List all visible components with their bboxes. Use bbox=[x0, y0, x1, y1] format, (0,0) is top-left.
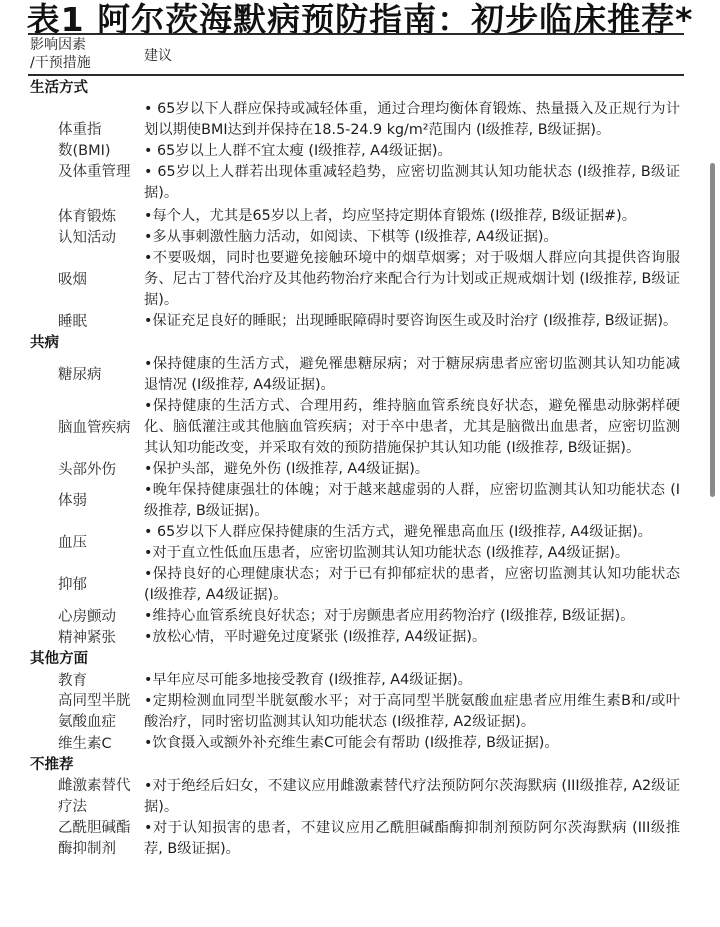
row-label: 吸烟 bbox=[0, 270, 144, 290]
row-label: 糖尿病 bbox=[0, 365, 144, 385]
row-content: •保持健康的生活方式，避免罹患糖尿病；对于糖尿病患者应密切监测其认知功能减退情况… bbox=[144, 354, 680, 396]
row-label: 脑血管疾病 bbox=[0, 418, 144, 438]
guideline-table: 生活方式 体重指数(BMI)及体重管理 • 65岁以下人群应保持或减轻体重，通过… bbox=[0, 77, 720, 860]
row-label: 精神紧张 bbox=[0, 628, 144, 648]
row-content: •保持健康的生活方式、合理用药，维持脑血管系统良好状态，避免罹患动脉粥样硬化、脑… bbox=[144, 396, 680, 459]
row-content: •晚年保持健康强壮的体魄；对于越来越虚弱的人群，应密切监测其认知功能状态 (I级… bbox=[144, 480, 680, 522]
row-label: 雌激素替代疗法 bbox=[0, 776, 144, 818]
recommendation-item: •不要吸烟，同时也要避免接触环境中的烟草烟雾；对于吸烟人群应向其提供咨询服务、尼… bbox=[144, 248, 680, 311]
category-lifestyle: 生活方式 bbox=[0, 77, 720, 99]
recommendation-item: •早年应尽可能多地接受教育 (I级推荐, A4级证据)。 bbox=[144, 670, 680, 691]
row-label: 体育锻炼 bbox=[0, 207, 144, 227]
recommendation-item: • 65岁以下人群应保持或减轻体重，通过合理均衡体育锻炼、热量摄入及正规行为计划… bbox=[144, 99, 680, 141]
scrollbar[interactable] bbox=[710, 163, 715, 497]
row-content: •对于绝经后妇女，不建议应用雌激素替代疗法预防阿尔茨海默病 (III级推荐, A… bbox=[144, 776, 680, 818]
recommendation-item: • 65岁以下人群应保持健康的生活方式，避免罹患高血压 (I级推荐, A4级证据… bbox=[144, 522, 680, 543]
recommendation-item: • 65岁以上人群若出现体重减轻趋势，应密切监测其认知功能状态 (I级推荐, B… bbox=[144, 162, 680, 204]
row-content: •饮食摄入或额外补充维生素C可能会有帮助 (I级推荐, B级证据)。 bbox=[144, 733, 680, 754]
category-not-recommended: 不推荐 bbox=[0, 754, 720, 776]
table-row: 吸烟 •不要吸烟，同时也要避免接触环境中的烟草烟雾；对于吸烟人群应向其提供咨询服… bbox=[0, 248, 720, 311]
top-rule bbox=[28, 33, 684, 35]
recommendation-item: •保持良好的心理健康状态；对于已有抑郁症状的患者，应密切监测其认知功能状态 (I… bbox=[144, 564, 680, 606]
category-comorbidity: 共病 bbox=[0, 332, 720, 354]
table-row: 高同型半胱氨酸血症 •定期检测血同型半胱氨酸水平；对于高同型半胱氨酸血症患者应用… bbox=[0, 691, 720, 733]
table-row: 体育锻炼 •每个人，尤其是65岁以上者，均应坚持定期体育锻炼 (I级推荐, B级… bbox=[0, 206, 720, 227]
table-row: 乙酰胆碱酯酶抑制剂 •对于认知损害的患者，不建议应用乙酰胆碱酯酶抑制剂预防阿尔茨… bbox=[0, 818, 720, 860]
table-row: 血压 • 65岁以下人群应保持健康的生活方式，避免罹患高血压 (I级推荐, A4… bbox=[0, 522, 720, 564]
recommendation-item: • 65岁以上人群不宜太瘦 (I级推荐, A4级证据)。 bbox=[144, 141, 680, 162]
recommendation-item: •保护头部，避免外伤 (I级推荐, A4级证据)。 bbox=[144, 459, 680, 480]
row-content: •保护头部，避免外伤 (I级推荐, A4级证据)。 bbox=[144, 459, 680, 480]
row-label: 血压 bbox=[0, 533, 144, 553]
table-row: 认知活动 •多从事刺激性脑力活动，如阅读、下棋等 (I级推荐, A4级证据)。 bbox=[0, 227, 720, 248]
header-recommendation: 建议 bbox=[144, 45, 172, 65]
table-row: 维生素C •饮食摄入或额外补充维生素C可能会有帮助 (I级推荐, B级证据)。 bbox=[0, 733, 720, 754]
table-row: 脑血管疾病 •保持健康的生活方式、合理用药，维持脑血管系统良好状态，避免罹患动脉… bbox=[0, 396, 720, 459]
row-content: •保证充足良好的睡眠；出现睡眠障碍时要咨询医生或及时治疗 (I级推荐, B级证据… bbox=[144, 311, 680, 332]
row-content: •保持良好的心理健康状态；对于已有抑郁症状的患者，应密切监测其认知功能状态 (I… bbox=[144, 564, 680, 606]
row-content: •多从事刺激性脑力活动，如阅读、下棋等 (I级推荐, A4级证据)。 bbox=[144, 227, 680, 248]
table-row: 抑郁 •保持良好的心理健康状态；对于已有抑郁症状的患者，应密切监测其认知功能状态… bbox=[0, 564, 720, 606]
table-row: 睡眠 •保证充足良好的睡眠；出现睡眠障碍时要咨询医生或及时治疗 (I级推荐, B… bbox=[0, 311, 720, 332]
header-factor-line2: /干预措施 bbox=[30, 54, 91, 72]
row-label: 心房颤动 bbox=[0, 607, 144, 627]
row-content: • 65岁以下人群应保持健康的生活方式，避免罹患高血压 (I级推荐, A4级证据… bbox=[144, 522, 680, 564]
table-row: 体重指数(BMI)及体重管理 • 65岁以下人群应保持或减轻体重，通过合理均衡体… bbox=[0, 99, 720, 204]
table-row: 体弱 •晚年保持健康强壮的体魄；对于越来越虚弱的人群，应密切监测其认知功能状态 … bbox=[0, 480, 720, 522]
row-content: •对于认知损害的患者，不建议应用乙酰胆碱酯酶抑制剂预防阿尔茨海默病 (III级推… bbox=[144, 818, 680, 860]
table-row: 雌激素替代疗法 •对于绝经后妇女，不建议应用雌激素替代疗法预防阿尔茨海默病 (I… bbox=[0, 776, 720, 818]
recommendation-item: •保证充足良好的睡眠；出现睡眠障碍时要咨询医生或及时治疗 (I级推荐, B级证据… bbox=[144, 311, 680, 332]
row-label: 头部外伤 bbox=[0, 460, 144, 480]
row-label: 高同型半胱氨酸血症 bbox=[0, 691, 144, 733]
recommendation-item: •对于绝经后妇女，不建议应用雌激素替代疗法预防阿尔茨海默病 (III级推荐, A… bbox=[144, 776, 680, 818]
row-content: •定期检测血同型半胱氨酸水平；对于高同型半胱氨酸血症患者应用维生素B和/或叶酸治… bbox=[144, 691, 680, 733]
recommendation-item: •饮食摄入或额外补充维生素C可能会有帮助 (I级推荐, B级证据)。 bbox=[144, 733, 680, 754]
recommendation-item: •维持心血管系统良好状态；对于房颤患者应用药物治疗 (I级推荐, B级证据)。 bbox=[144, 606, 680, 627]
row-label: 乙酰胆碱酯酶抑制剂 bbox=[0, 818, 144, 860]
table-row: 头部外伤 •保护头部，避免外伤 (I级推荐, A4级证据)。 bbox=[0, 459, 720, 480]
row-label: 睡眠 bbox=[0, 312, 144, 332]
row-content: •不要吸烟，同时也要避免接触环境中的烟草烟雾；对于吸烟人群应向其提供咨询服务、尼… bbox=[144, 248, 680, 311]
table-row: 心房颤动 •维持心血管系统良好状态；对于房颤患者应用药物治疗 (I级推荐, B级… bbox=[0, 606, 720, 627]
recommendation-item: •放松心情，平时避免过度紧张 (I级推荐, A4级证据)。 bbox=[144, 627, 680, 648]
row-label: 维生素C bbox=[0, 734, 144, 754]
recommendation-item: •每个人，尤其是65岁以上者，均应坚持定期体育锻炼 (I级推荐, B级证据#)。 bbox=[144, 206, 680, 227]
recommendation-item: •对于直立性低血压患者，应密切监测其认知功能状态 (I级推荐, A4级证据)。 bbox=[144, 543, 680, 564]
recommendation-item: •定期检测血同型半胱氨酸水平；对于高同型半胱氨酸血症患者应用维生素B和/或叶酸治… bbox=[144, 691, 680, 733]
row-label: 体弱 bbox=[0, 491, 144, 511]
table-row: 教育 •早年应尽可能多地接受教育 (I级推荐, A4级证据)。 bbox=[0, 670, 720, 691]
row-label: 抑郁 bbox=[0, 575, 144, 595]
recommendation-item: •保持健康的生活方式，避免罹患糖尿病；对于糖尿病患者应密切监测其认知功能减退情况… bbox=[144, 354, 680, 396]
header-rule bbox=[28, 74, 684, 76]
row-content: •每个人，尤其是65岁以上者，均应坚持定期体育锻炼 (I级推荐, B级证据#)。 bbox=[144, 206, 680, 227]
row-label: 体重指数(BMI)及体重管理 bbox=[0, 120, 144, 183]
recommendation-item: •多从事刺激性脑力活动，如阅读、下棋等 (I级推荐, A4级证据)。 bbox=[144, 227, 680, 248]
row-content: • 65岁以下人群应保持或减轻体重，通过合理均衡体育锻炼、热量摄入及正规行为计划… bbox=[144, 99, 680, 204]
recommendation-item: •保持健康的生活方式、合理用药，维持脑血管系统良好状态，避免罹患动脉粥样硬化、脑… bbox=[144, 396, 680, 459]
row-label: 教育 bbox=[0, 671, 144, 691]
table-row: 糖尿病 •保持健康的生活方式，避免罹患糖尿病；对于糖尿病患者应密切监测其认知功能… bbox=[0, 354, 720, 396]
row-content: •维持心血管系统良好状态；对于房颤患者应用药物治疗 (I级推荐, B级证据)。 bbox=[144, 606, 680, 627]
recommendation-item: •晚年保持健康强壮的体魄；对于越来越虚弱的人群，应密切监测其认知功能状态 (I级… bbox=[144, 480, 680, 522]
row-content: •放松心情，平时避免过度紧张 (I级推荐, A4级证据)。 bbox=[144, 627, 680, 648]
recommendation-item: •对于认知损害的患者，不建议应用乙酰胆碱酯酶抑制剂预防阿尔茨海默病 (III级推… bbox=[144, 818, 680, 860]
header-factor: 影响因素 /干预措施 bbox=[30, 36, 91, 72]
table-row: 精神紧张 •放松心情，平时避免过度紧张 (I级推荐, A4级证据)。 bbox=[0, 627, 720, 648]
row-label: 认知活动 bbox=[0, 228, 144, 248]
category-other: 其他方面 bbox=[0, 648, 720, 670]
header-factor-line1: 影响因素 bbox=[30, 36, 91, 54]
row-content: •早年应尽可能多地接受教育 (I级推荐, A4级证据)。 bbox=[144, 670, 680, 691]
